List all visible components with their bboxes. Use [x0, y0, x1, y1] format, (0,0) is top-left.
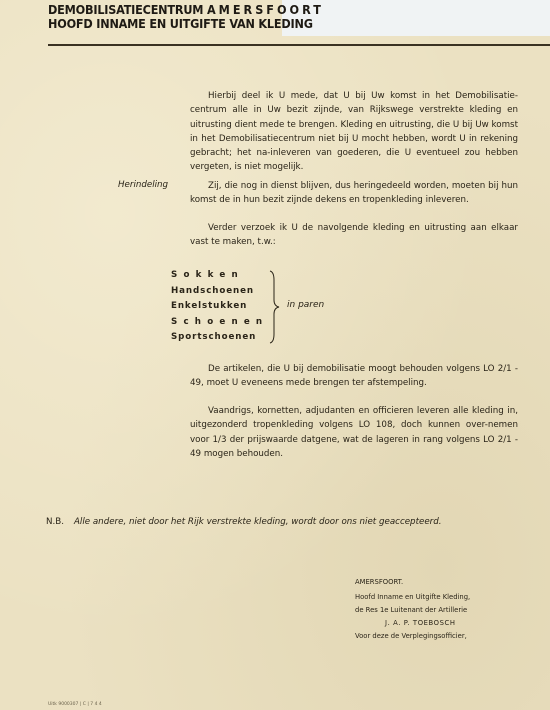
curly-brace-icon — [268, 270, 282, 344]
nb-label: N.B. — [46, 517, 64, 527]
letterhead-city: AMERSFOORT — [207, 2, 324, 17]
signature-title: Hoofd Inname en Uitgifte Kleding, — [355, 591, 470, 604]
signature-place: AMERSFOORT. — [355, 576, 470, 589]
letterhead: DEMOBILISATIECENTRUM AMERSFOORT HOOFD IN… — [48, 3, 324, 31]
paragraph-bundle-request: Verder verzoek ik U de navolgende kledin… — [190, 221, 518, 250]
list-item: Handschoenen — [171, 284, 268, 300]
signature-name: J. A. P. TOEBOSCH — [355, 617, 470, 630]
print-code: Uitk 9000307 | C | 7 4 4 — [48, 702, 102, 707]
letterhead-org: DEMOBILISATIECENTRUM — [48, 2, 207, 17]
paragraph-return-clothing: Hierbij deel ik U mede, dat U bij Uw kom… — [190, 89, 518, 175]
letterhead-department: HOOFD INNAME EN UITGIFTE VAN KLEDING — [48, 17, 324, 31]
signature-on-behalf: Voor deze de Verplegingsofficier, — [355, 630, 470, 643]
signature-rank: de Res 1e Luitenant der Artillerie — [355, 604, 470, 617]
paragraph-officers: Vaandrigs, kornetten, adjudanten en offi… — [190, 404, 518, 461]
list-item: Sokken — [171, 268, 268, 284]
paragraph-stamping: De artikelen, die U bij demobilisatie mo… — [190, 362, 518, 391]
nota-bene: N.B.Alle andere, niet door het Rijk vers… — [46, 517, 442, 527]
side-label-herindeling: Herindeling — [118, 180, 168, 190]
signature-block: AMERSFOORT. Hoofd Inname en Uitgifte Kle… — [355, 576, 470, 643]
list-item: Sportschoenen — [171, 330, 268, 346]
list-item: Schoenen — [171, 315, 268, 331]
clothing-list: Sokken Handschoenen Enkelstukken Schoene… — [171, 268, 268, 346]
nb-text: Alle andere, niet door het Rijk verstrek… — [74, 517, 442, 527]
items-note: in paren — [287, 300, 324, 310]
header-rule — [48, 44, 550, 46]
list-item: Enkelstukken — [171, 299, 268, 315]
paragraph-reassignment: Zij, die nog in dienst blijven, dus heri… — [190, 179, 518, 208]
